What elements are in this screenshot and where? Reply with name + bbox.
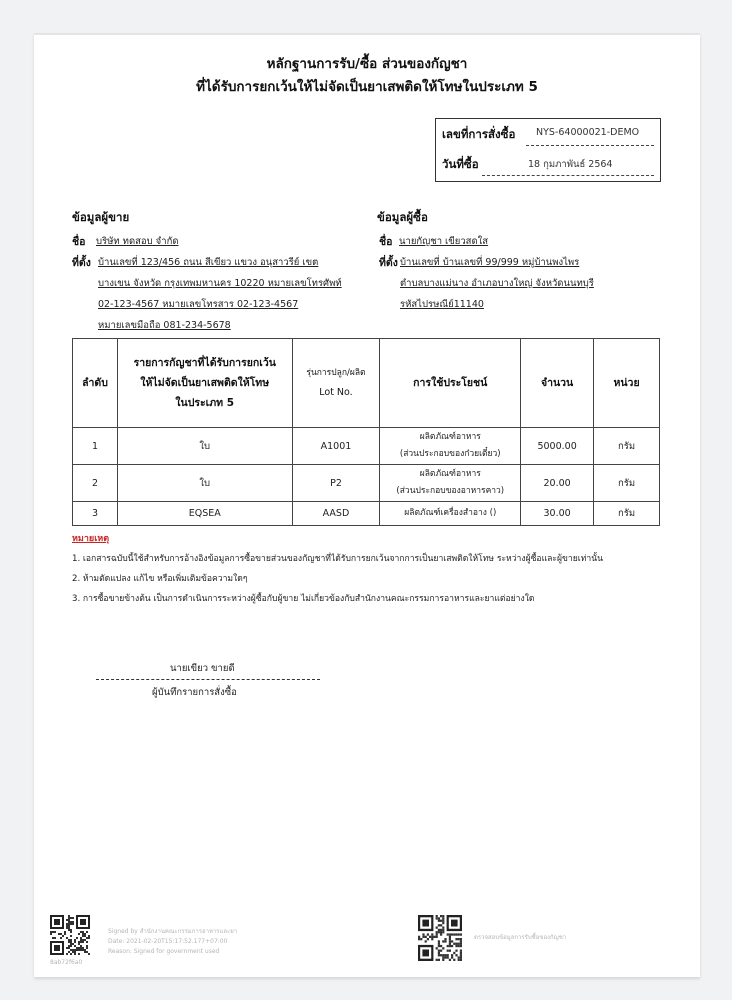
buyer-address-line: บ้านเลขที่ บ้านเลขที่ 99/999 หมู่บ้านพงไ… bbox=[400, 255, 579, 270]
order-number-label: เลขที่การสั่งซื้อ bbox=[442, 126, 515, 144]
cell-seq: 3 bbox=[73, 502, 118, 526]
cell-seq: 1 bbox=[73, 428, 118, 465]
cell-usage: ผลิตภัณฑ์เครื่องสำอาง () bbox=[380, 502, 521, 526]
header-usage: การใช้ประโยชน์ bbox=[380, 339, 521, 428]
cell-usage: ผลิตภัณฑ์อาหาร (ส่วนประกอบของอาหารคาว) bbox=[380, 465, 521, 502]
buyer-name-label: ชื่อ bbox=[379, 233, 392, 250]
order-number-value: NYS-64000021-DEMO bbox=[536, 127, 639, 138]
cell-unit: กรัม bbox=[594, 428, 660, 465]
cell-lot: P2 bbox=[292, 465, 380, 502]
header-item-line: รายการกัญชาที่ได้รับการยกเว้น bbox=[121, 353, 289, 373]
order-date-underline bbox=[482, 175, 654, 176]
header-item: รายการกัญชาที่ได้รับการยกเว้น ให้ไม่จัดเ… bbox=[117, 339, 292, 428]
buyer-heading: ข้อมูลผู้ซื้อ bbox=[377, 209, 428, 227]
header-qty: จำนวน bbox=[521, 339, 594, 428]
buyer-address-label: ที่ตั้ง bbox=[379, 254, 398, 271]
document-title-line1: หลักฐานการรับ/ซื้อ ส่วนของกัญชา bbox=[34, 52, 700, 74]
notes-heading: หมายเหตุ bbox=[72, 531, 109, 545]
order-info-box: เลขที่การสั่งซื้อ NYS-64000021-DEMO วันท… bbox=[435, 118, 661, 182]
cell-qty: 5000.00 bbox=[521, 428, 594, 465]
items-table: ลำดับ รายการกัญชาที่ได้รับการยกเว้น ให้ไ… bbox=[72, 338, 660, 526]
seller-name-label: ชื่อ bbox=[72, 233, 85, 250]
order-number-underline bbox=[526, 145, 654, 146]
note-item: 3. การซื้อขายข้างต้น เป็นการดำเนินการระห… bbox=[72, 591, 534, 605]
table-header-row: ลำดับ รายการกัญชาที่ได้รับการยกเว้น ให้ไ… bbox=[73, 339, 660, 428]
cell-qty: 20.00 bbox=[521, 465, 594, 502]
seller-address-line: หมายเลขมือถือ 081-234-5678 bbox=[98, 318, 231, 333]
signed-reason-text: Reason: Signed for government used bbox=[108, 947, 219, 957]
seller-address-line: บางเขน จังหวัด กรุงเทพมหานคร 10220 หมายเ… bbox=[98, 276, 342, 291]
cell-usage-line: (ส่วนประกอบของก๋วยเตี๋ยว) bbox=[383, 446, 517, 463]
table-row: 1 ใบ A1001 ผลิตภัณฑ์อาหาร (ส่วนประกอบของ… bbox=[73, 428, 660, 465]
header-item-line: ในประเภท 5 bbox=[121, 393, 289, 413]
header-item-line: ให้ไม่จัดเป็นยาเสพติดให้โทษ bbox=[121, 373, 289, 393]
cell-seq: 2 bbox=[73, 465, 118, 502]
signer-name: นายเขียว ขายดี bbox=[170, 661, 235, 676]
header-lot: รุ่นการปลูก/ผลิต Lot No. bbox=[292, 339, 380, 428]
header-lot-line: รุ่นการปลูก/ผลิต bbox=[296, 363, 377, 383]
signed-date-text: Date: 2021-02-20T15:17:52.177+07:00 bbox=[108, 937, 227, 947]
signed-by-text: Signed by สำนักงานคณะกรรมการอาหารและยา bbox=[108, 927, 237, 937]
cell-lot: A1001 bbox=[292, 428, 380, 465]
buyer-name: นายกัญชา เขียวสดใส bbox=[399, 234, 488, 249]
cell-unit: กรัม bbox=[594, 465, 660, 502]
document-title-line2: ที่ได้รับการยกเว้นให้ไม่จัดเป็นยาเสพติดใ… bbox=[34, 75, 700, 97]
cell-qty: 30.00 bbox=[521, 502, 594, 526]
buyer-address-line: รหัสไปรษณีย์11140 bbox=[400, 297, 484, 312]
buyer-address-line: ตำบลบางแม่นาง อำเภอบางใหญ่ จังหวัดนนทบุร… bbox=[400, 276, 594, 291]
signature-line bbox=[96, 679, 320, 680]
qr-left-code: 8ab72f6a0 bbox=[50, 958, 82, 968]
seller-address-line: บ้านเลขที่ 123/456 ถนน สีเขียว แขวง อนุส… bbox=[98, 255, 318, 270]
cell-item: ใบ bbox=[117, 428, 292, 465]
qr-code-left[interactable] bbox=[50, 915, 90, 955]
cell-usage-line: ผลิตภัณฑ์อาหาร bbox=[383, 466, 517, 483]
qr-code-right[interactable] bbox=[418, 915, 462, 961]
note-item: 2. ห้ามตัดแปลง แก้ไข หรือเพิ่มเติมข้อควา… bbox=[72, 571, 248, 585]
header-unit: หน่วย bbox=[594, 339, 660, 428]
note-item: 1. เอกสารฉบับนี้ใช้สำหรับการอ้างอิงข้อมู… bbox=[72, 551, 603, 565]
header-lot-line: Lot No. bbox=[296, 383, 377, 403]
cell-item: EQSEA bbox=[117, 502, 292, 526]
seller-heading: ข้อมูลผู้ขาย bbox=[72, 209, 129, 227]
table-row: 3 EQSEA AASD ผลิตภัณฑ์เครื่องสำอาง () 30… bbox=[73, 502, 660, 526]
order-date-value: 18 กุมภาพันธ์ 2564 bbox=[528, 157, 612, 172]
seller-address-label: ที่ตั้ง bbox=[72, 254, 91, 271]
qr-code-icon bbox=[418, 915, 462, 961]
document-page: หลักฐานการรับ/ซื้อ ส่วนของกัญชา ที่ได้รั… bbox=[34, 33, 700, 977]
cell-usage-line: ผลิตภัณฑ์เครื่องสำอาง () bbox=[383, 505, 517, 522]
header-seq: ลำดับ bbox=[73, 339, 118, 428]
cell-usage-line: ผลิตภัณฑ์อาหาร bbox=[383, 429, 517, 446]
table-row: 2 ใบ P2 ผลิตภัณฑ์อาหาร (ส่วนประกอบของอาห… bbox=[73, 465, 660, 502]
seller-name: บริษัท ทดสอบ จำกัด bbox=[96, 234, 179, 249]
cell-usage-line: (ส่วนประกอบของอาหารคาว) bbox=[383, 483, 517, 500]
signer-role: ผู้บันทึกรายการสั่งซื้อ bbox=[152, 685, 237, 700]
cell-item: ใบ bbox=[117, 465, 292, 502]
cell-unit: กรัม bbox=[594, 502, 660, 526]
qr-right-caption: ตรวจสอบข้อมูลการรับซื้อของกัญชา bbox=[474, 933, 566, 943]
qr-code-icon bbox=[50, 915, 90, 955]
order-date-label: วันที่ซื้อ bbox=[442, 156, 479, 174]
cell-usage: ผลิตภัณฑ์อาหาร (ส่วนประกอบของก๋วยเตี๋ยว) bbox=[380, 428, 521, 465]
seller-address-line: 02-123-4567 หมายเลขโทรสาร 02-123-4567 bbox=[98, 297, 298, 312]
cell-lot: AASD bbox=[292, 502, 380, 526]
